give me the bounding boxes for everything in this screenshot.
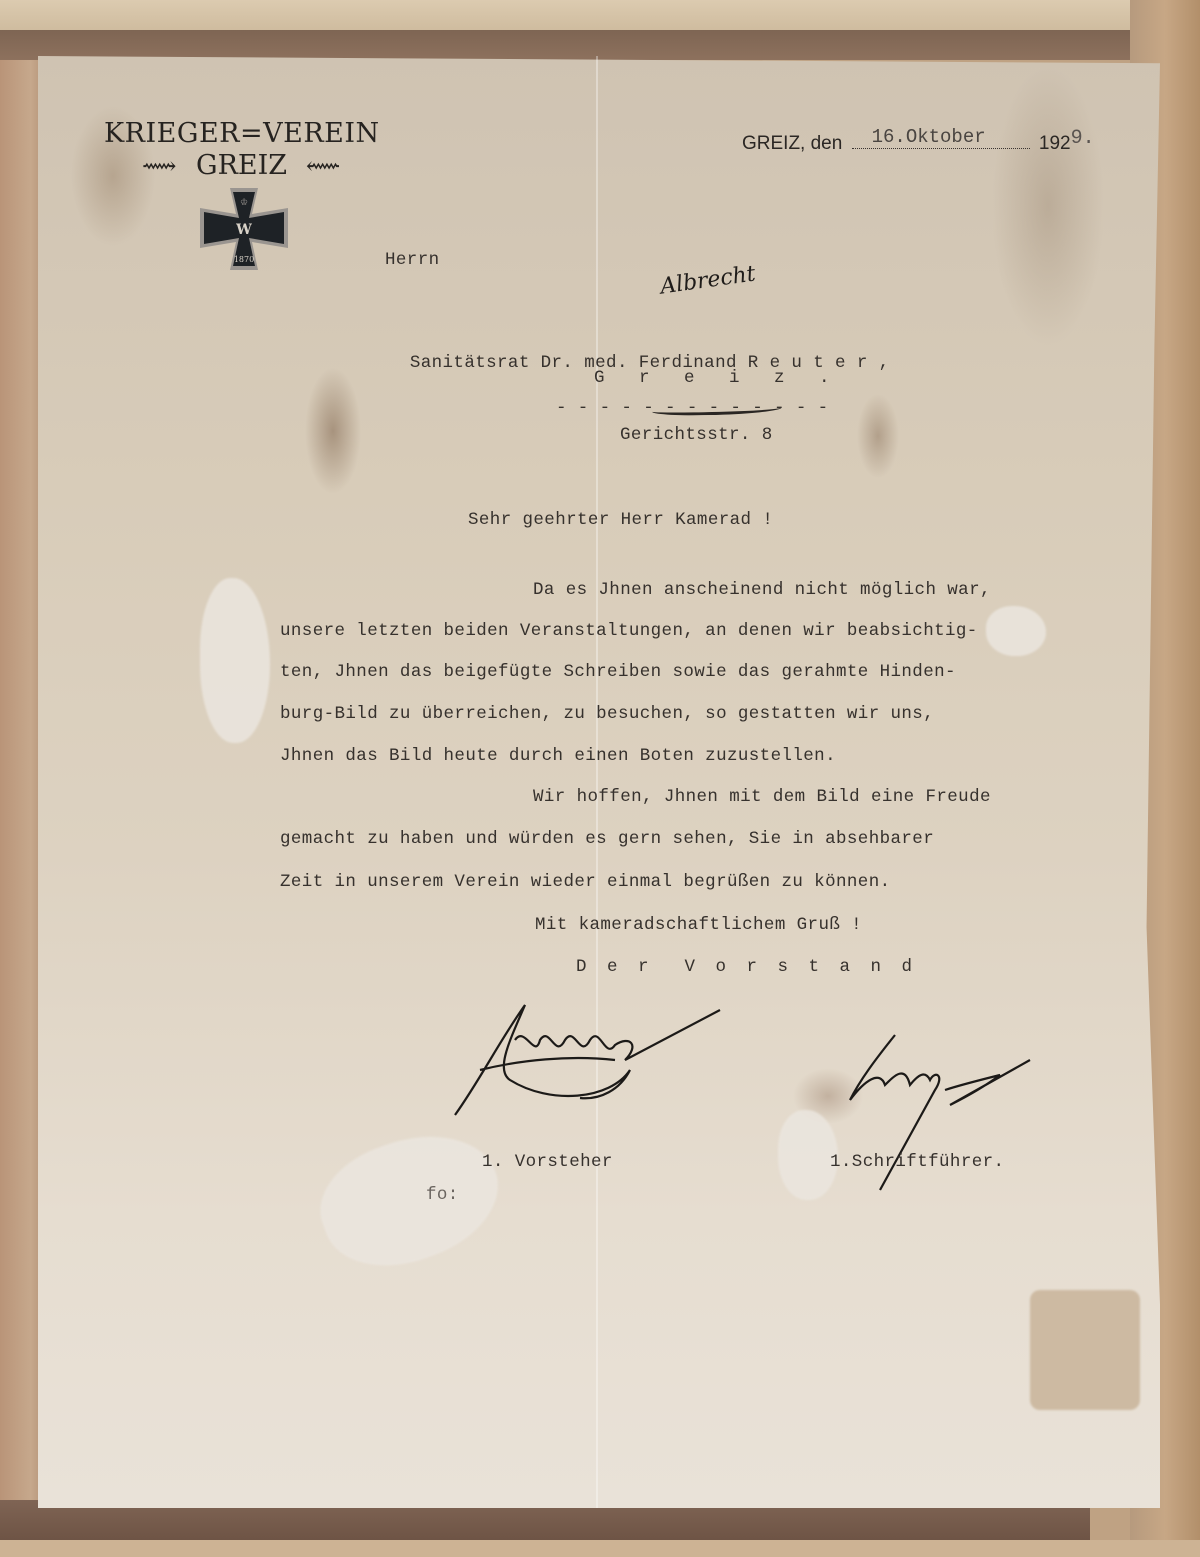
frame-band-top (0, 30, 1170, 60)
body-line: ten, Jhnen das beigefügte Schreiben sowi… (280, 662, 956, 682)
body-line: Zeit in unserem Verein wieder einmal beg… (280, 872, 891, 892)
recipient-city-underline: - - - - - - - - - - - - - (556, 398, 829, 418)
signature-right-role: 1.Schriftführer. (830, 1152, 1004, 1172)
letterhead-org-name: KRIEGER=VEREIN (104, 118, 380, 149)
iron-cross-icon: ♔ W 1870 (196, 186, 292, 272)
body-line: Jhnen das Bild heute durch einen Boten z… (280, 746, 836, 766)
year-prefix: 192 (1039, 133, 1071, 154)
body-line: Da es Jhnen anscheinend nicht möglich wa… (533, 580, 991, 600)
body-line: unsere letzten beiden Veranstaltungen, a… (280, 621, 978, 641)
letterhead-city: GREIZ (196, 150, 287, 181)
signature-left-role: 1. Vorsteher (482, 1152, 613, 1172)
letter-paper (38, 56, 1160, 1508)
recipient-name-line: Sanitätsrat Dr. med. Ferdinand R e u t e… (388, 333, 890, 373)
year-typed-digit: 9. (1071, 127, 1095, 150)
svg-text:W: W (235, 222, 252, 238)
signature-left-fragment: fo: (426, 1185, 459, 1205)
recipient-city: G r e i z . (594, 368, 842, 388)
closing-line: Mit kameradschaftlichem Gruß ! (535, 915, 862, 935)
date-field: 16.Oktober (852, 134, 1030, 149)
dateline: GREIZ, den 16.Oktober 1929. (742, 133, 1095, 156)
frame-top (0, 0, 1200, 30)
svg-text:♔: ♔ (240, 198, 248, 208)
paper-damage (1030, 1290, 1140, 1410)
signature-right (840, 1030, 1050, 1200)
body-line: Wir hoffen, Jhnen mit dem Bild eine Freu… (533, 787, 991, 807)
flourish-left-icon: ⟿ (142, 152, 176, 180)
closing-board: D e r V o r s t a n d (576, 957, 917, 977)
greeting: Sehr geehrter Herr Kamerad ! (468, 510, 773, 530)
svg-text:1870: 1870 (234, 255, 254, 264)
dateline-place: GREIZ, den (742, 133, 842, 154)
paper-damage (778, 1110, 838, 1200)
flourish-right-icon: ⟿ (306, 152, 340, 180)
paper-fold (596, 56, 598, 1508)
signature-left (440, 1000, 730, 1130)
recipient-salutation: Herrn (385, 250, 440, 270)
date-typed: 16.Oktober (872, 126, 986, 148)
frame-bottom (0, 1540, 1200, 1557)
frame-left (0, 60, 44, 1500)
paper-damage (986, 606, 1046, 656)
body-line: burg-Bild zu überreichen, zu besuchen, s… (280, 704, 934, 724)
recipient-street: Gerichtsstr. 8 (620, 425, 773, 445)
body-line: gemacht zu haben und würden es gern sehe… (280, 829, 934, 849)
